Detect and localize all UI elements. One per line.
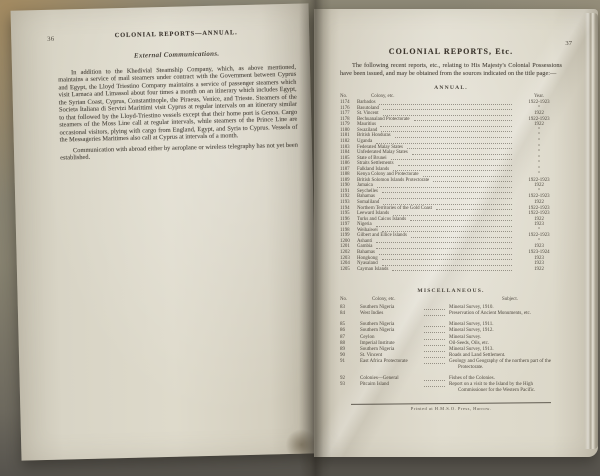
leader-dots: [424, 356, 445, 358]
leader-dots: [376, 241, 512, 243]
paragraph: Communication with abroad either by aero…: [60, 141, 298, 162]
report-subject: Geology and Geography of the northern pa…: [449, 359, 562, 371]
table-row: 84West IndiesPreservation of Ancient Mon…: [340, 311, 562, 317]
page-title: COLONIAL REPORTS, Etc.: [340, 47, 562, 56]
leader-dots: [381, 130, 512, 132]
leader-dots: [382, 191, 512, 193]
leader-dots: [383, 203, 512, 205]
leader-dots: [395, 136, 512, 138]
leader-dots: [424, 362, 445, 364]
book-photo: 36 COLONIAL REPORTS—ANNUAL. External Com…: [0, 0, 600, 476]
colony-name: East Africa Protectorate: [360, 359, 422, 365]
page-number-right: 37: [565, 40, 572, 47]
annual-table-body: 1174Barbados1922-19231176Basutoland”1177…: [340, 100, 562, 272]
column-header-colony: Colony, etc.: [360, 297, 458, 303]
misc-table-body: 83Southern NigeriaMineral Survey, 1910.8…: [340, 305, 562, 394]
leader-dots: [424, 325, 445, 327]
leader-dots: [376, 247, 512, 249]
leader-dots: [398, 164, 512, 166]
leader-dots: [376, 225, 512, 227]
colony-name: West Indies: [360, 311, 422, 317]
leader-dots: [391, 158, 512, 160]
page-edge-stack: [585, 13, 598, 449]
column-header-colony: Colony, etc.: [371, 94, 516, 100]
table-row: 93Pitcairn IslandReport on a visit to th…: [340, 382, 562, 394]
leader-dots: [383, 114, 512, 116]
leader-dots: [383, 108, 512, 110]
leader-dots: [379, 253, 512, 255]
paragraph: In addition to the Khedivial Steamship C…: [58, 64, 298, 144]
report-subject: Report on a visit to the Island by the H…: [449, 382, 562, 394]
leader-dots: [424, 344, 445, 346]
left-page: 36 COLONIAL REPORTS—ANNUAL. External Com…: [11, 3, 320, 460]
leader-dots: [424, 338, 445, 340]
leader-dots: [392, 269, 512, 271]
report-year: 1922: [516, 267, 562, 273]
leader-dots: [411, 236, 512, 238]
leader-dots: [382, 230, 512, 232]
leader-dots: [407, 147, 512, 149]
report-subject: Preservation of Ancient Monuments, etc.: [449, 311, 562, 317]
misc-section-heading: MISCELLANEOUS.: [340, 288, 562, 294]
leader-dots: [424, 331, 445, 333]
leader-dots: [424, 350, 445, 352]
leader-dots: [380, 125, 512, 127]
leader-dots: [382, 264, 512, 266]
leader-dots: [424, 385, 445, 387]
intro-paragraph: The following recent reports, etc., rela…: [340, 62, 562, 77]
table-row: 91East Africa ProtectorateGeology and Ge…: [340, 359, 562, 371]
leader-dots: [433, 180, 512, 182]
column-header-no: No.: [340, 297, 360, 303]
leader-dots: [379, 197, 512, 199]
leader-dots: [424, 308, 445, 310]
leader-dots: [376, 142, 512, 144]
leader-dots: [382, 258, 512, 260]
column-header-subject: Subject.: [458, 297, 562, 303]
colony-name: Pitcairn Island: [360, 382, 422, 388]
misc-column-headers: No. Colony, etc. Subject.: [340, 297, 562, 303]
leader-dots: [393, 214, 512, 216]
footer-rule: [351, 402, 551, 405]
leader-dots: [412, 153, 512, 155]
leader-dots: [379, 103, 512, 105]
row-number: 91: [340, 359, 360, 365]
annual-section-heading: ANNUAL.: [340, 85, 562, 91]
leader-dots: [377, 186, 512, 188]
page-number-left: 36: [47, 36, 54, 43]
row-number: 84: [340, 311, 360, 317]
colony-name: Cayman Islands: [357, 267, 388, 273]
row-number: 1205: [340, 267, 357, 273]
leader-dots: [423, 175, 512, 177]
section-heading: External Communications.: [58, 48, 296, 62]
leader-dots: [436, 208, 512, 210]
leader-dots: [424, 379, 445, 381]
leader-dots: [393, 169, 512, 171]
leader-dots: [424, 314, 445, 316]
right-page: 37 COLONIAL REPORTS, Etc. The following …: [314, 9, 598, 457]
running-head-left: COLONIAL REPORTS—ANNUAL.: [57, 28, 295, 41]
table-row: 1205Cayman Islands1922: [340, 267, 562, 273]
leader-dots: [414, 119, 512, 121]
row-number: 93: [340, 382, 360, 388]
leader-dots: [410, 219, 512, 221]
printer-imprint: Printed at H.M.S.O. Press, Harrow.: [340, 406, 562, 411]
